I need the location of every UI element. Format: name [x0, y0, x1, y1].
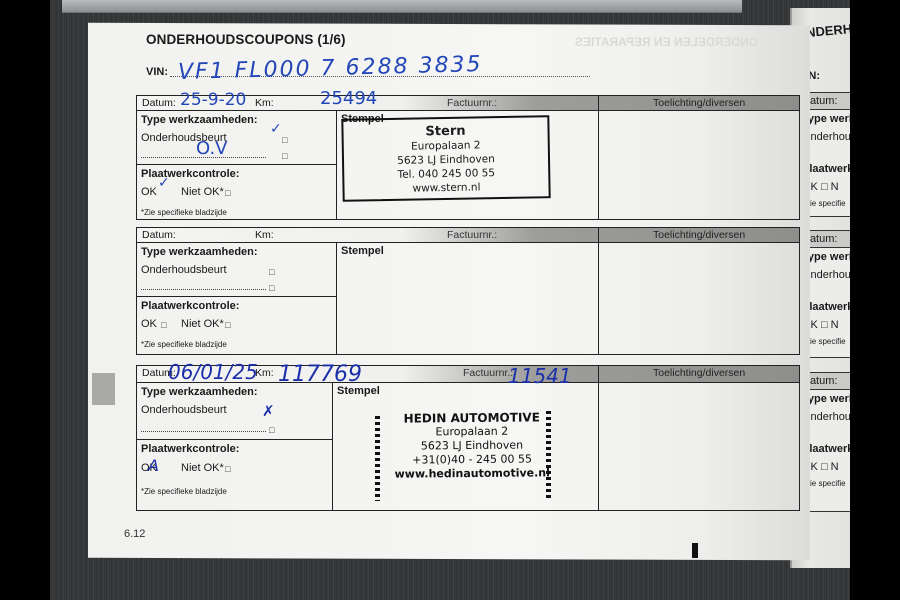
- datum-label: Datum:: [142, 229, 176, 241]
- footnote-label: *Zie specifieke bladzijde: [141, 340, 227, 349]
- onderhoudsbeurt-checkbox[interactable]: □: [269, 267, 274, 277]
- coupon-1-km-value[interactable]: 25494: [320, 88, 377, 109]
- extra-work-line: [141, 431, 266, 432]
- coupon-1: Datum: Km: Factuurnr.: Toelichting/diver…: [136, 95, 800, 220]
- niet-ok-label: Niet OK*: [181, 186, 224, 198]
- ok-label: OK: [141, 318, 157, 330]
- km-label: Km:: [255, 97, 274, 109]
- coupon-2: Datum: Km: Factuurnr.: Toelichting/diver…: [136, 227, 800, 355]
- coupon-3-datum-value[interactable]: 06/01/25: [168, 360, 258, 384]
- factuurnr-label: Factuurnr.:: [463, 367, 513, 379]
- extra-work-checkbox[interactable]: □: [282, 151, 287, 161]
- onderhoudsbeurt-checkbox[interactable]: □: [282, 135, 287, 145]
- toelichting-label: Toelichting/diversen: [653, 229, 745, 241]
- niet-ok-checkbox[interactable]: □: [225, 464, 230, 474]
- km-label: Km:: [255, 229, 274, 241]
- niet-ok-label: Niet OK*: [181, 462, 224, 474]
- stempel-label: Stempel: [341, 245, 384, 257]
- type-werkzaamheden-label: Type werkzaamheden:: [141, 114, 258, 126]
- work-type-section: Type werkzaamheden: Onderhoudsbeurt □ Pl…: [137, 383, 333, 510]
- plaatwerkcontrole-label: Plaatwerkcontrole:: [141, 443, 239, 455]
- coupon-1-datum-value[interactable]: 25-9-20: [180, 90, 246, 110]
- coupon-1-extra-work-value[interactable]: O.V: [196, 138, 227, 159]
- dealer-stamp-hedin: HEDIN AUTOMOTIVE Europalaan 2 5623 LJ Ei…: [377, 410, 568, 482]
- bleed-through-title: ONDERDELEN EN REPARATIES: [575, 35, 758, 49]
- datum-label: Datum:: [142, 97, 176, 109]
- footnote-label: *Zie specifieke bladzijde: [141, 487, 227, 496]
- factuurnr-label: Factuurnr.:: [447, 229, 497, 241]
- extra-work-checkbox[interactable]: □: [269, 425, 274, 435]
- left-black-border: [0, 0, 50, 600]
- plaatwerkcontrole-label: Plaatwerkcontrole:: [141, 168, 239, 180]
- coupon-3-factuurnr-value[interactable]: 11541: [508, 364, 572, 388]
- coupon-1-ok-mark[interactable]: ✓: [158, 175, 170, 191]
- type-werkzaamheden-label: Type werkzaamheden:: [141, 246, 258, 258]
- onderhoudsbeurt-label: Onderhoudsbeurt: [141, 404, 227, 416]
- ok-checkbox[interactable]: □: [161, 320, 166, 330]
- work-type-section: Type werkzaamheden: Onderhoudsbeurt □ □ …: [137, 111, 337, 219]
- right-black-border: [850, 0, 900, 600]
- book-edge-top: [62, 0, 742, 13]
- dealer-stamp-stern: Stern Europalaan 2 5623 LJ Eindhoven Tel…: [341, 115, 550, 202]
- vin-label: VIN:: [146, 66, 168, 78]
- onderhoudsbeurt-label: Onderhoudsbeurt: [141, 264, 227, 276]
- work-type-section: Type werkzaamheden: Onderhoudsbeurt □ □ …: [137, 243, 337, 354]
- coupon-3-km-value[interactable]: 117769: [278, 362, 362, 387]
- page-title: ONDERHOUDSCOUPONS (1/6): [146, 32, 346, 47]
- niet-ok-label: Niet OK*: [181, 318, 224, 330]
- niet-ok-checkbox[interactable]: □: [225, 188, 230, 198]
- type-werkzaamheden-label: Type werkzaamheden:: [141, 386, 258, 398]
- factuurnr-label: Factuurnr.:: [447, 97, 497, 109]
- page-number: 6.12: [124, 528, 145, 540]
- page-tab-marker: [92, 373, 115, 405]
- coupon-3: Datum: Km: Factuurnr.: Toelichting/diver…: [136, 365, 800, 511]
- coupon-3-onderhoudsbeurt-mark[interactable]: ✗: [262, 402, 275, 420]
- page-edge-marker: [692, 543, 698, 558]
- toelichting-label: Toelichting/diversen: [653, 97, 745, 109]
- ok-label: OK: [141, 186, 157, 198]
- footnote-label: *Zie specifieke bladzijde: [141, 208, 227, 217]
- coupon-header: Datum: Km: Factuurnr.: Toelichting/diver…: [137, 228, 799, 243]
- extra-work-line: [141, 289, 266, 290]
- coupon-1-onderhoudsbeurt-mark[interactable]: ✓: [270, 121, 282, 137]
- toelichting-label: Toelichting/diversen: [653, 367, 745, 379]
- coupon-3-ok-mark[interactable]: A: [148, 456, 159, 475]
- niet-ok-checkbox[interactable]: □: [225, 320, 230, 330]
- plaatwerkcontrole-label: Plaatwerkcontrole:: [141, 300, 239, 312]
- extra-work-checkbox[interactable]: □: [269, 283, 274, 293]
